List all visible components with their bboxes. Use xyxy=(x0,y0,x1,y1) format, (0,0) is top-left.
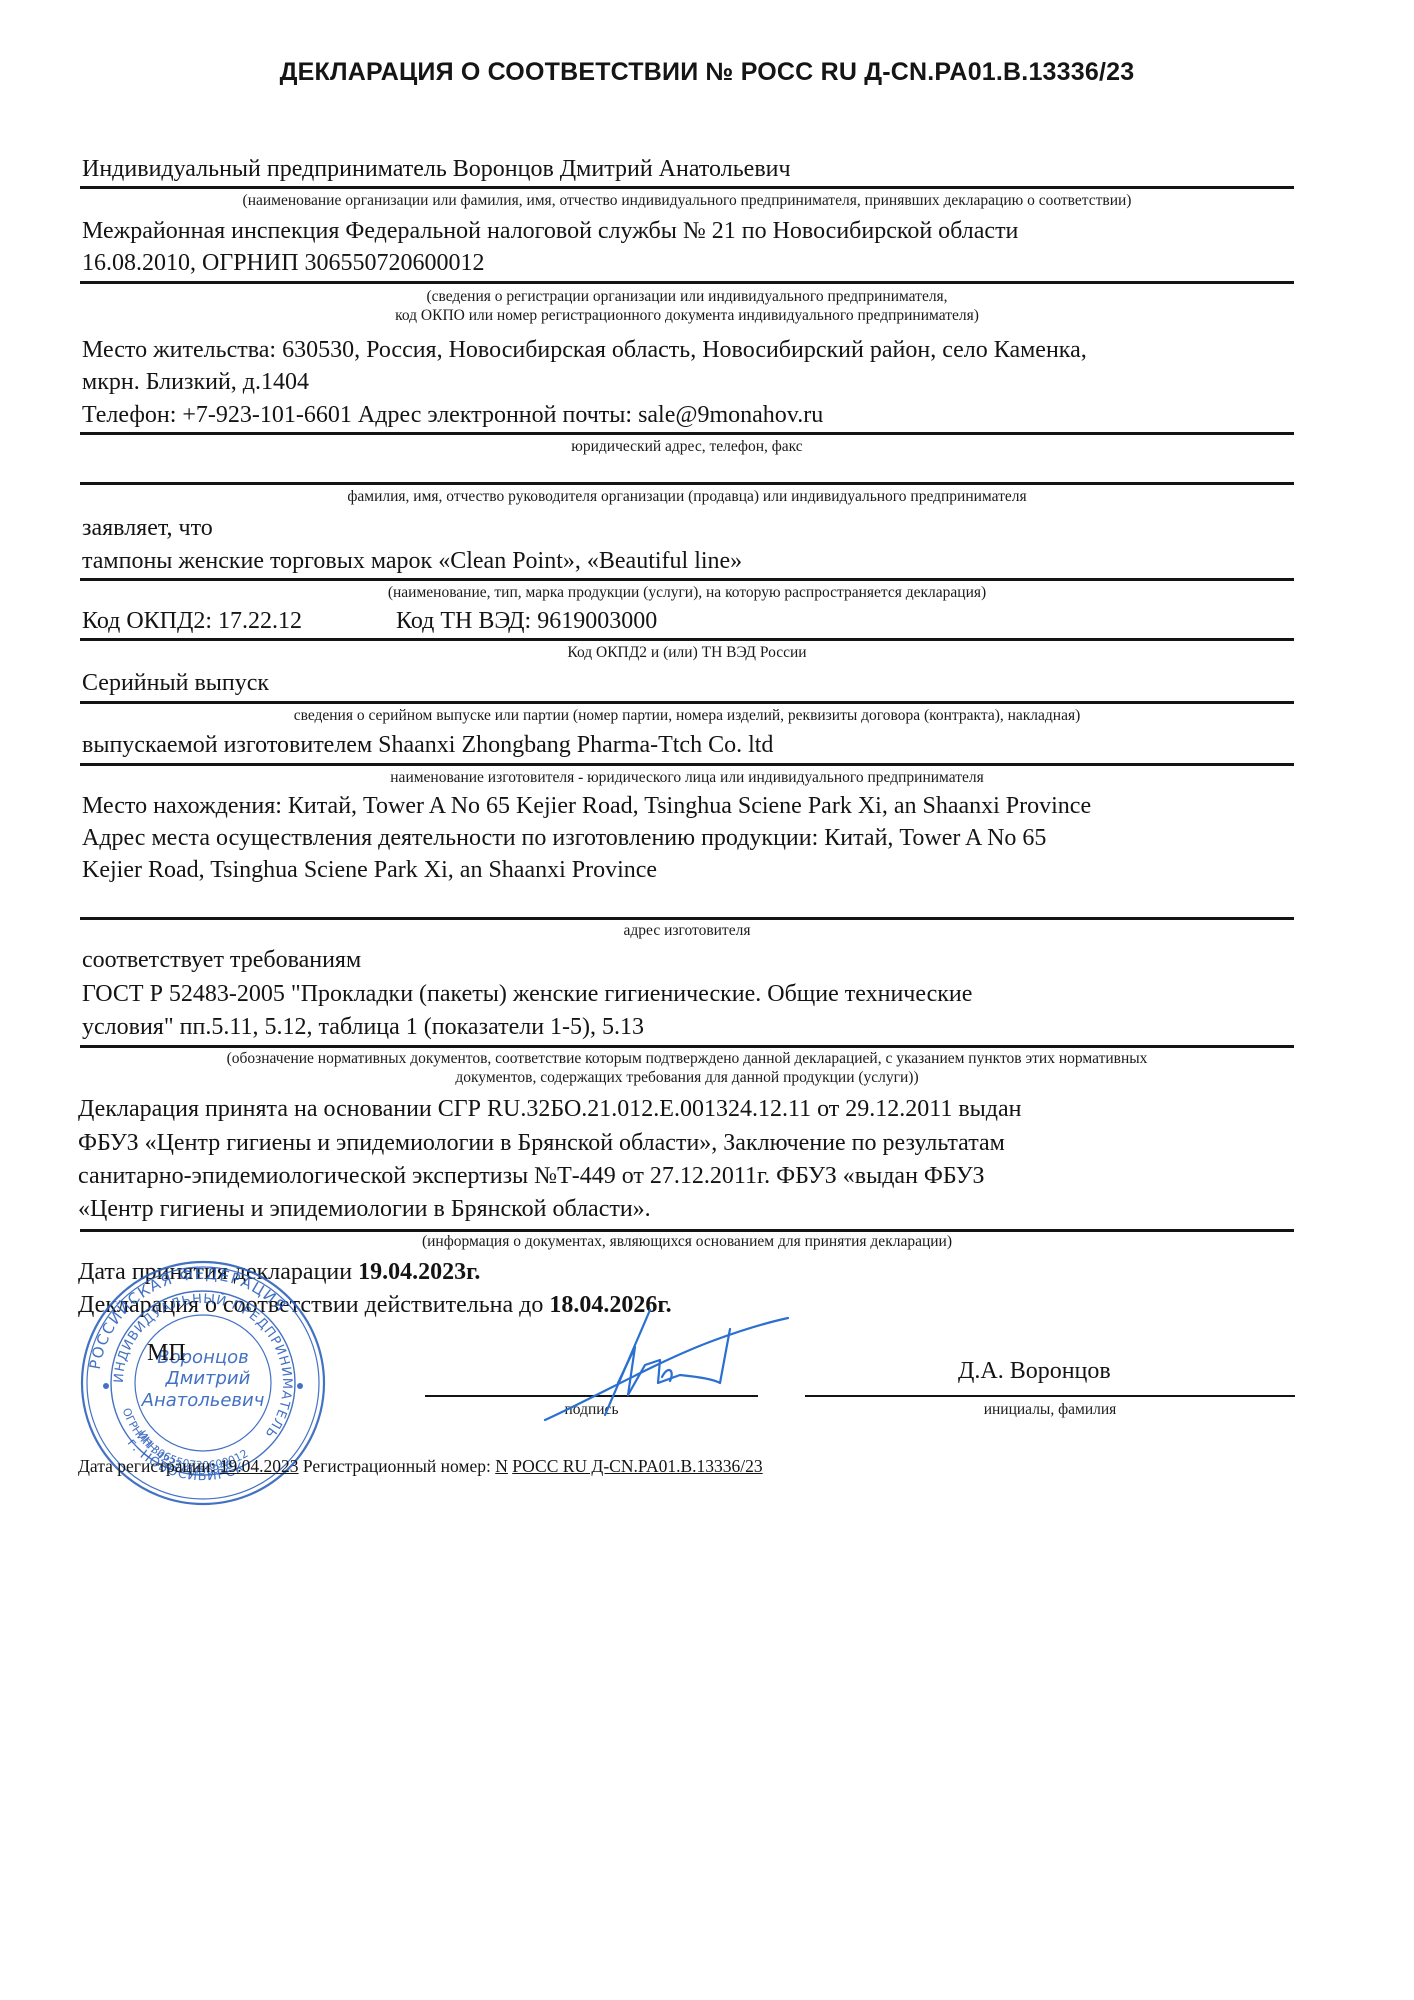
divider xyxy=(80,578,1294,581)
registration-date-label: Дата регистрации: xyxy=(78,1456,220,1476)
applicant-name: Индивидуальный предприниматель Воронцов … xyxy=(82,153,791,185)
accepted-date-value: 19.04.2023г. xyxy=(358,1259,480,1285)
address-line-1: Место жительства: 630530, Россия, Новоси… xyxy=(82,334,1087,366)
registration-number-value: РОСС RU Д-CN.PA01.B.13336/23 xyxy=(512,1456,762,1476)
signer-name: Д.А. Воронцов xyxy=(958,1355,1111,1387)
divider xyxy=(80,432,1294,435)
svg-text:Дмитрий: Дмитрий xyxy=(165,1368,251,1389)
declares-text: заявляет, что xyxy=(82,512,213,544)
manufacturer-name: выпускаемой изготовителем Shaanxi Zhongb… xyxy=(82,729,773,761)
registration-date-value: 19.04.2023 xyxy=(220,1456,299,1476)
divider xyxy=(80,482,1294,485)
product-name: тампоны женские торговых марок «Clean Po… xyxy=(82,545,742,577)
registration-line-2: 16.08.2010, ОГРНИП 306550720600012 xyxy=(82,247,485,279)
conformity-caption-1: (обозначение нормативных документов, соо… xyxy=(80,1049,1294,1069)
codes-caption: Код ОКПД2 и (или) ТН ВЭД России xyxy=(80,643,1294,663)
divider xyxy=(80,281,1294,284)
conformity-caption-2: документов, содержащих требования для да… xyxy=(80,1068,1294,1088)
signer-line xyxy=(805,1395,1295,1397)
activity-address-line-2: Kejier Road, Tsinghua Sciene Park Xi, an… xyxy=(82,854,657,886)
divider xyxy=(80,186,1294,189)
manufacturer-location: Место нахождения: Китай, Tower A No 65 K… xyxy=(82,790,1091,822)
activity-address-line-1: Адрес места осуществления деятельности п… xyxy=(82,822,1046,854)
divider xyxy=(80,638,1294,641)
handwritten-signature-icon xyxy=(540,1305,800,1425)
address-caption: юридический адрес, телефон, факс xyxy=(80,437,1294,457)
standard-line-1: ГОСТ Р 52483-2005 "Прокладки (пакеты) же… xyxy=(82,978,972,1010)
release-type: Серийный выпуск xyxy=(82,667,269,699)
contacts-line: Телефон: +7-923-101-6601 Адрес электронн… xyxy=(82,399,823,431)
basis-caption: (информация о документах, являющихся осн… xyxy=(80,1232,1294,1252)
divider xyxy=(80,917,1294,920)
divider xyxy=(80,763,1294,766)
head-caption: фамилия, имя, отчество руководителя орга… xyxy=(80,487,1294,507)
registration-number-prefix: N xyxy=(495,1456,508,1476)
okpd2-code: Код ОКПД2: 17.22.12 xyxy=(82,605,302,637)
basis-line-2: ФБУЗ «Центр гигиены и эпидемиологии в Бр… xyxy=(78,1127,1005,1159)
basis-line-3: санитарно-эпидемиологической экспертизы … xyxy=(78,1160,985,1192)
registration-caption-1: (сведения о регистрации организации или … xyxy=(80,287,1294,307)
address-line-2: мкрн. Близкий, д.1404 xyxy=(82,366,309,398)
svg-text:Анатольевич: Анатольевич xyxy=(141,1390,265,1411)
manufacturer-caption: наименование изготовителя - юридического… xyxy=(80,768,1294,788)
registration-line-1: Межрайонная инспекция Федеральной налого… xyxy=(82,215,1018,247)
basis-line-1: Декларация принята на основании СГР RU.3… xyxy=(78,1093,1022,1125)
registration-caption-2: код ОКПО или номер регистрационного доку… xyxy=(80,306,1294,326)
registration-number-label: Регистрационный номер: xyxy=(299,1456,496,1476)
product-name-caption: (наименование, тип, марка продукции (усл… xyxy=(80,583,1294,603)
release-caption: сведения о серийном выпуске или партии (… xyxy=(80,706,1294,726)
conformity-intro: соответствует требованиям xyxy=(82,944,361,976)
tn-ved-code: Код ТН ВЭД: 9619003000 xyxy=(396,605,657,637)
registration-row: Дата регистрации: 19.04.2023 Регистрацио… xyxy=(78,1455,763,1477)
manufacturer-address-caption: адрес изготовителя xyxy=(80,921,1294,941)
seal-placeholder-label: МП xyxy=(147,1337,186,1369)
standard-line-2: условия" пп.5.11, 5.12, таблица 1 (показ… xyxy=(82,1011,644,1043)
divider xyxy=(80,1045,1294,1048)
applicant-name-caption: (наименование организации или фамилия, и… xyxy=(80,191,1294,211)
document-title: ДЕКЛАРАЦИЯ О СООТВЕТСТВИИ № РОСС RU Д-CN… xyxy=(0,58,1414,87)
basis-line-4: «Центр гигиены и эпидемиологии в Брянско… xyxy=(78,1193,651,1225)
signer-caption: инициалы, фамилия xyxy=(805,1400,1295,1420)
divider xyxy=(80,701,1294,704)
